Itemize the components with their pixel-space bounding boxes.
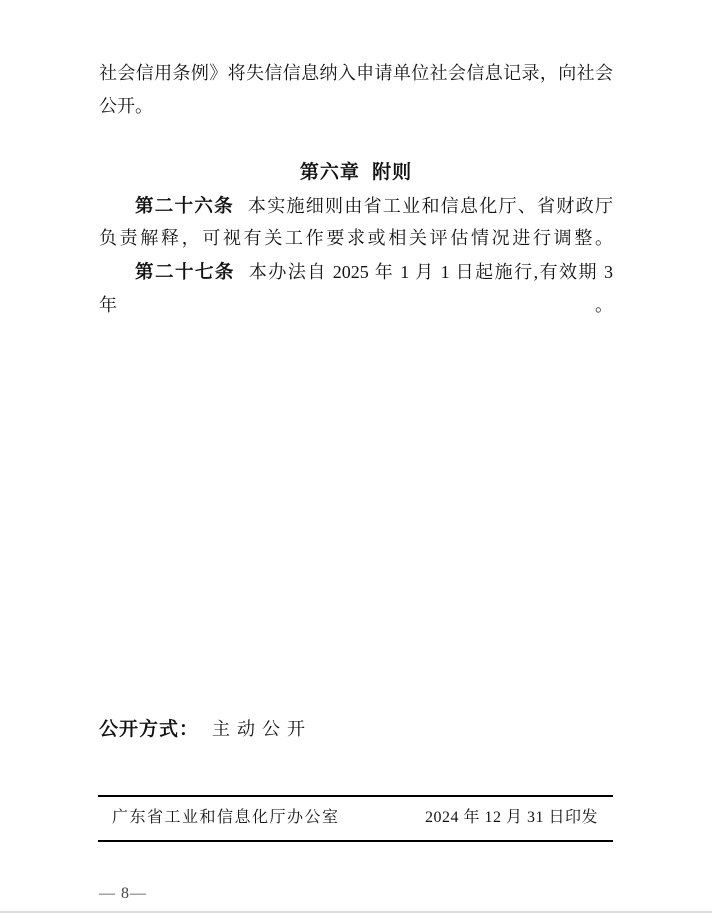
footer-rule-bottom [98,840,613,842]
article-27-line: 第二十七条本办法自 2025 年 1 月 1 日起施行,有效期 3 年。 [99,255,613,288]
paragraph-continuation-line-1: 社会信用条例》将失信信息纳入申请单位社会信息记录，向社会 [99,57,613,90]
footer-issuer: 广东省工业和信息化厅办公室 [99,804,340,832]
publicity-label: 公开方式： [99,719,199,740]
footer-rule-top [98,795,613,797]
document-page: 社会信用条例》将失信信息纳入申请单位社会信息记录，向社会 公开。 第六章 附则 … [0,0,712,913]
article-26-line-2: 负责解释，可视有关工作要求或相关评估情况进行调整。 [99,222,613,255]
publicity-line: 公开方式：主动公开 [99,713,613,746]
blank-line [99,123,613,156]
publicity-value: 主动公开 [212,719,312,739]
footer-print-date: 2024 年 12 月 31 日印发 [425,804,613,832]
paragraph-continuation-line-2: 公开。 [99,90,613,123]
footer-row: 广东省工业和信息化厅办公室 2024 年 12 月 31 日印发 [99,804,613,832]
article-26-text-start: 本实施细则由省工业和信息化厅、省财政厅 [248,196,613,216]
chapter-heading: 第六章 附则 [99,156,613,189]
document-body: 社会信用条例》将失信信息纳入申请单位社会信息记录，向社会 公开。 第六章 附则 … [99,57,613,288]
article-26-line-1: 第二十六条本实施细则由省工业和信息化厅、省财政厅 [99,189,613,222]
page-number: — 8— [99,882,147,906]
article-27-number: 第二十七条 [135,261,235,282]
article-26-number: 第二十六条 [135,195,234,216]
